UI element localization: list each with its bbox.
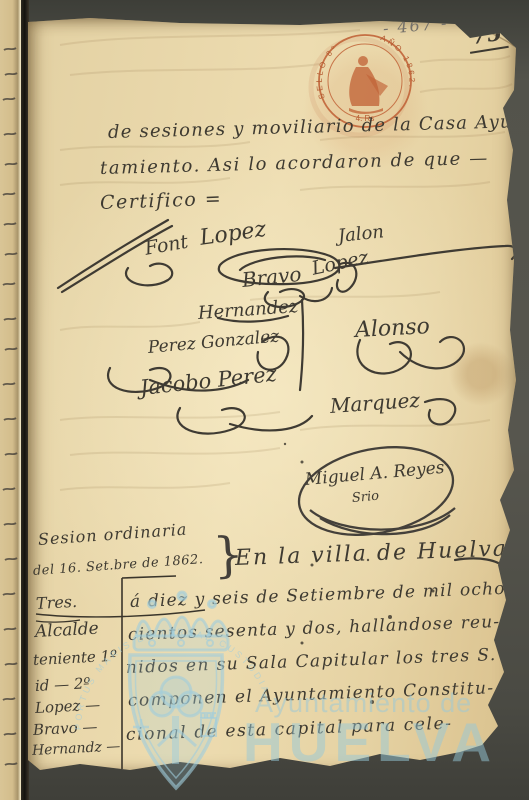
book-gutter: [21, 0, 29, 800]
certification-line: de sesiones y moviliario de la Casa Ayun…: [108, 111, 529, 143]
photo-background: - 467 - 75 SELLO 8º AÑO 1862.: [0, 0, 529, 800]
manuscript-page: - 467 - 75 SELLO 8º AÑO 1862.: [26, 14, 524, 782]
act-line: cional de esta capital para cele-: [126, 714, 453, 745]
seal-left-arc-text: SELLO 8º: [315, 43, 340, 100]
signature-jalon: Jalon: [337, 221, 385, 247]
margin-entry: Alcalde: [34, 619, 99, 642]
signature-bravo: Bravo: [241, 262, 303, 292]
signature-hernandez: Hernandez: [197, 296, 299, 324]
folio-pencil-number: - 467 -: [382, 13, 449, 38]
margin-session-title: Sesion ordinaria: [37, 520, 188, 549]
margin-entry: id — 2º: [35, 674, 91, 695]
signature-jacobo-perez: Jacobo Perez: [139, 362, 278, 400]
act-line: componen el Ayuntamiento Constitu-: [128, 678, 495, 711]
signature-alonso: Alonso: [354, 314, 430, 343]
act-line: En la villa de Huelva: [235, 536, 509, 571]
margin-entry: teniente 1º: [33, 647, 118, 669]
signature-font: Font: [143, 231, 190, 260]
seal-figure-icon: [349, 56, 388, 114]
signature-marquez: Marquez: [329, 388, 420, 418]
folio-ink-number: 75: [466, 19, 509, 54]
act-line: cientos sesenta y dos, hallandose reu-: [128, 612, 501, 645]
certification-line: Certifico =: [100, 188, 223, 214]
margin-session-date: del 16. Set.bre de 1862.: [32, 552, 203, 579]
margin-entry: Hernandz —: [32, 738, 121, 759]
previous-page-ink-marks: [0, 0, 21, 800]
margin-attendance-count: Tres.: [36, 592, 78, 613]
certification-line: tamiento. Asi lo acordaron de que —: [100, 148, 489, 179]
margin-entry: Lopez —: [35, 696, 101, 717]
signature-perez-gonzalez: Perez Gonzalez: [147, 327, 280, 358]
seal-right-arc-text: AÑO 1862.: [379, 33, 416, 90]
signature-lopez-1: Lopez: [198, 217, 267, 251]
act-line: nidos en su Sala Capitular los tres S.: [126, 645, 497, 678]
margin-entry: Bravo —: [33, 718, 98, 739]
signature-lopez-2: Lopez: [310, 246, 371, 279]
secretary-signature-name: Miguel A. Reyes: [304, 458, 445, 490]
act-line: á diez y seis de Setiembre de mil ocho-: [130, 579, 513, 612]
previous-page-edge: [0, 0, 21, 800]
secretary-signature-title: Srio: [351, 489, 379, 506]
